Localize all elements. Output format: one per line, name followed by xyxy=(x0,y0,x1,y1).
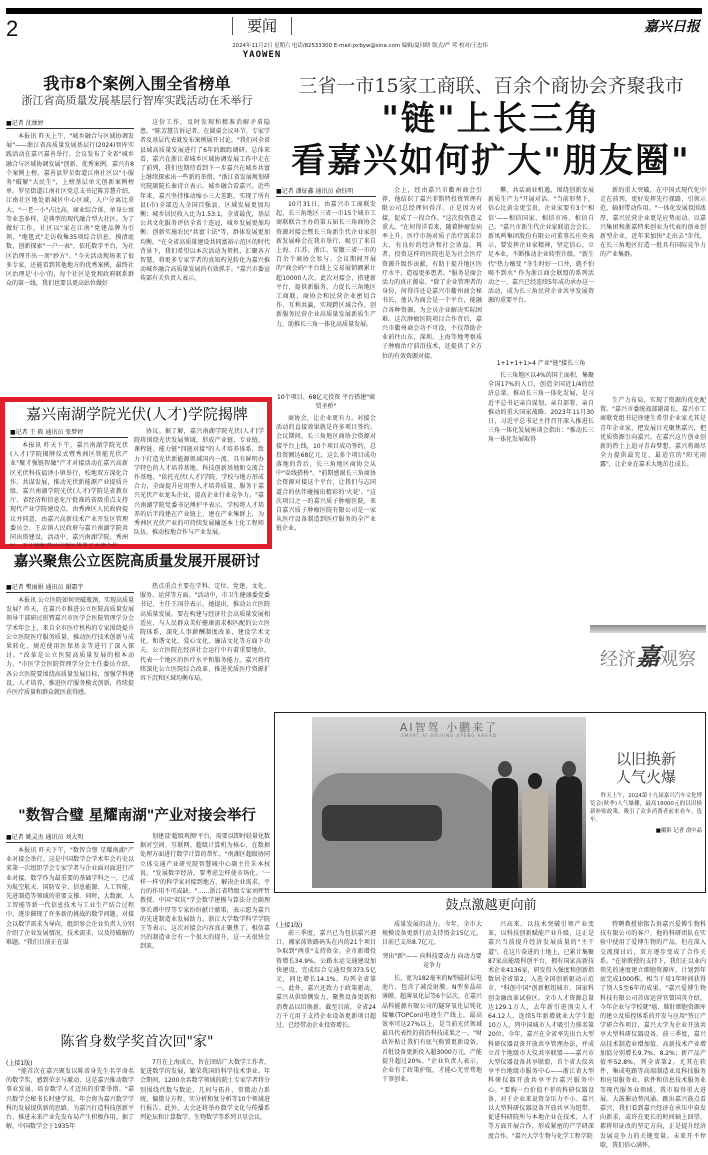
body-text: 生产力布局，实现了资源的优化配置。"嘉兴市委统战部副部长、嘉兴市工商联党组书记徐… xyxy=(600,396,706,606)
article-col: ■记者 王 筱 通讯员 张梦婷 本报讯 昨天下午，嘉兴南湖学院光伏(人才)学院揭… xyxy=(10,427,128,546)
continued-note: (上接1版) xyxy=(6,1058,134,1067)
news-photo-car-expo: AI智驾 小鹏来了 SMART AI DRIVING XPENG AHEAD xyxy=(312,717,586,888)
body-text: 划建设'超级观测'平台，需要以即时轻量化数据对空间、互联网、超级计算机为核心，在… xyxy=(140,832,270,1022)
body-text: 前三季度，嘉兴已为包括嘉兴港口、湘家荡铁路码头在内的21个项目争取到"两重"支持… xyxy=(276,929,376,1154)
body-text: 热点重点主要在学科、定位、党建、文化、服务、运营等方面。"活动中，市卫生健康委党… xyxy=(140,582,270,792)
byline: ■记者 沈烛婷 xyxy=(6,118,134,129)
person-shape xyxy=(492,778,518,888)
photo-credit: ■摄影 记者 俞中晶 xyxy=(590,826,702,834)
article-math-industry: "数智合璧 星耀南湖"产业对接会举行 xyxy=(6,806,268,826)
body-text: 攀、共话商业机遇，围绕创新发展新质生产力"开展对话。"当前形势下，信心比黄金更宝… xyxy=(488,186,594,356)
body-text: 10月31日，由嘉兴市工商联发起、长三角地区三省一市15个城市工商联联合主办的第… xyxy=(276,200,376,390)
body-text: 商协会，让企业更有力。对接会活动的直接效果就是许多项目签约。会议期间，长三角地区… xyxy=(276,414,376,639)
article-col: 这份工作，及时发现和精准消解矛盾隐患。"陈芳慧告诉记者。在圆桌会议环节，专家学者… xyxy=(140,118,270,398)
photo-title-line2: 人气火爆 xyxy=(590,768,702,786)
photo-caption: 昨天上午，2024第十九届嘉兴汽车文化博览会(秋季)人气爆棚，最高18000元的… xyxy=(590,792,702,824)
article-photovoltaic-college: 嘉兴南湖学院光伏(人才)学院揭牌 xyxy=(10,405,264,424)
article-col: ■记者 樊丽娟 通讯员 谢霜宇 本报讯 公立医院如何突破瓶颈，实现高质量发展？昨… xyxy=(6,582,134,801)
person-shape xyxy=(556,776,582,888)
article-chern-prize: 陈省身数学奖首次回"家" xyxy=(6,1032,268,1052)
headline: 我市8个案例入围全省榜单 xyxy=(6,74,268,94)
section-title: 要闻 xyxy=(232,17,292,35)
body-text: 长、宽为182毫米的N型磁封层电池片，包含了减反射膜、N型多晶硅薄膜、超薄氧化层… xyxy=(382,974,482,1154)
article-col: 兴高来。以技术突破引领产业变革，以科技创新赋能产业升级，这正是嘉兴当前提升经济发… xyxy=(488,920,594,1152)
body-text: 协议。据了解，嘉兴南湖学院光伏(人才)学院将围绕光伏发展领域，形成产业链、专业链… xyxy=(134,427,264,542)
section-title-en: YAOWEN xyxy=(230,50,294,60)
article-col: 攀、共话商业机遇，围绕创新发展新质生产力"开展对话。"当前形势下，信心比黄金更宝… xyxy=(488,186,594,626)
headline-line2: 看嘉兴如何扩大"朋友圈" xyxy=(276,140,706,182)
article-col: 热点重点主要在学科、定位、党建、文化、服务、运营等方面。"活动中，市卫生健康委党… xyxy=(140,582,270,792)
headline: "数智合璧 星耀南湖"产业对接会举行 xyxy=(6,806,268,826)
headline: 鼓点激越更向前 xyxy=(276,896,706,916)
article-col: 特聘教授徐铭告诉嘉兴爱博生物科技有限公司的客户，他的科研团队在实验中使用了爱博生… xyxy=(600,920,706,1152)
article-drumbeat: 鼓点激越更向前 xyxy=(276,896,706,916)
subhead: 1+1+1+1>4 产业"链"接长三角 xyxy=(488,359,594,368)
headline: 陈省身数学奖首次回"家" xyxy=(6,1032,268,1052)
body-text: 兴高来。以技术突破引领产业变革，以科技创新赋能产业升级，这正是嘉兴当前提升经济发… xyxy=(488,920,594,1152)
byline: ■记者 潘钲鑫 通讯员 俞钰明 xyxy=(276,186,376,197)
masthead-logo: 嘉兴日报 xyxy=(644,16,700,36)
byline: ■记者 王 筱 通讯员 张梦婷 xyxy=(10,427,128,438)
body-text: 本报讯 昨天上午，"城乡融合与区域协调发展"——浙江省高质量发展基层行(2024… xyxy=(6,132,134,402)
body-text: 新的重大突破，在中国式现代化中走在前列，更好发挥先行探路、引领示范、辐射带动作用… xyxy=(600,186,706,396)
photo-caption-block: 以旧换新 人气火爆 昨天上午，2024第十九届嘉兴汽车文化博览会(秋季)人气爆棚… xyxy=(590,750,702,834)
article-col: 会上，经由嘉兴市衢州商会引荐，他结识了嘉兴菲斯特投资管理有限公司总经理何得洋。正… xyxy=(382,186,482,631)
column-badge-economic-observation: 经济嘉观察 xyxy=(590,625,706,663)
body-text: 7月在上海成立，旨在团结广大数学工作者，促进数学的发展，繁荣我国的科学技术事业。… xyxy=(140,1058,270,1153)
article-col: ■记者 沈烛婷 本报讯 昨天上午，"城乡融合与区域协调发展"——浙江省高质量发展… xyxy=(6,118,134,402)
subhead: 突出"新"—— 向科技要动力 向动力要竞争力 xyxy=(382,952,482,970)
body-text: 本报讯 昨天下午，"数智合璧 星耀南湖"产业对接会举行。这是中国数学会学术年会有… xyxy=(6,846,134,1026)
byline: ■记者 樊丽娟 通讯员 谢霜宇 xyxy=(6,582,134,593)
body-text: 本报讯 公立医院如何突破瓶颈，实现高质量发展？昨天，在嘉兴市推进公立医院高质量发… xyxy=(6,596,134,801)
article-col: ■记者 潘钲鑫 通讯员 俞钰明 10月31日，由嘉兴市工商联发起、长三角地区三省… xyxy=(276,186,376,639)
photo-title-line1: 以旧换新 xyxy=(590,750,702,768)
article-col: 划建设'超级观测'平台，需要以即时轻量化数据对空间、互联网、超级计算机为核心，在… xyxy=(140,832,270,1022)
main-article-header: 三省一市15家工商联、百余个商协会齐聚我市 "链"上长三角 看嘉兴如何扩大"朋友… xyxy=(276,74,706,182)
body-text: 本报讯 昨天下午，嘉兴南湖学院光伏(人才)学院揭牌仪式暨秀洲区智能光伏产业"聚才… xyxy=(10,441,128,546)
kicker: 三省一市15家工商联、百余个商协会齐聚我市 xyxy=(276,74,706,98)
top-rule xyxy=(6,8,702,14)
article-col: ■记者 姚灵杰 通讯员 刘大明 本报讯 昨天下午，"数智合璧 星耀南湖"产业对接… xyxy=(6,832,134,1026)
page-number: 2 xyxy=(6,16,18,42)
article-public-hospital: 嘉兴聚焦公立医院高质量发展开展研讨 xyxy=(6,552,268,572)
body-text: "能首次在嘉兴颁发以陈省身先生名字命名的数学奖，感到荣幸与激动，这是嘉兴推动数学… xyxy=(6,1067,134,1155)
badge-bar xyxy=(590,625,706,633)
headline: 嘉兴聚焦公立医院高质量发展开展研讨 xyxy=(6,552,268,572)
person-shape xyxy=(522,788,548,888)
article-col: (上接1版) "能首次在嘉兴颁发以陈省身先生名字命名的数学奖，感到荣幸与激动，这… xyxy=(6,1058,134,1155)
body-text: 特聘教授徐铭告诉嘉兴爱博生物科技有限公司的客户，他的科研团队在实验中使用了爱博生… xyxy=(600,920,706,1152)
article-col: 新的重大突破，在中国式现代化中走在前列，更好发挥先行探路、引领示范、辐射带动作用… xyxy=(600,186,706,606)
body-text: 这份工作，及时发现和精准消解矛盾隐患。"陈芳慧告诉记者。在圆桌会议环节，专家学者… xyxy=(140,118,270,398)
body-text: 长三角地区以4%的国土面积，集聚全国17%的人口，创造全国近1/4的经济总量。推… xyxy=(488,371,594,626)
badge-text: 经济嘉观察 xyxy=(590,637,706,672)
subheadline: 浙江省高质量发展基层行智库实践活动在禾举行 xyxy=(6,94,268,108)
car-shape xyxy=(312,773,502,888)
article-case-list: 我市8个案例入围全省榜单 浙江省高质量发展基层行智库实践活动在禾举行 xyxy=(6,74,268,108)
continued-note: (上接1版) xyxy=(276,920,376,929)
article-col: 7月在上海成立，旨在团结广大数学工作者，促进数学的发展，繁荣我国的科学技术事业。… xyxy=(140,1058,270,1153)
article-col: 质量发展的动力。今年，全市大规模设备更新行动支持资金15亿元，目前已支出8.7亿… xyxy=(382,920,482,1154)
photo-banner-en: SMART AI DRIVING XPENG AHEAD xyxy=(312,733,586,738)
page-meta: 2024年11月2日 星期六 电话/82533300 E-mail:jxrbyw… xyxy=(130,41,590,49)
body-text: 质量发展的动力。今年，全市大规模设备更新行动支持资金15亿元，目前已支出8.7亿… xyxy=(382,920,482,948)
body-text: 会上，经由嘉兴市衢州商会引荐，他结识了嘉兴菲斯特投资管理有限公司总经理何得洋。正… xyxy=(382,186,482,631)
subhead: 10个项目、68亿元投资 平台搭建"商贸圣桥" xyxy=(276,393,376,411)
headline-line1: "链"上长三角 xyxy=(276,98,706,140)
article-col: (上接1版) 前三季度，嘉兴已为包括嘉兴港口、湘家荡铁路码头在内的21个项目争取… xyxy=(276,920,376,1154)
headline: 嘉兴南湖学院光伏(人才)学院揭牌 xyxy=(10,405,264,424)
byline: ■记者 姚灵杰 通讯员 刘大明 xyxy=(6,832,134,843)
article-col: 协议。据了解，嘉兴南湖学院光伏(人才)学院将围绕光伏发展领域，形成产业链、专业链… xyxy=(134,427,264,542)
